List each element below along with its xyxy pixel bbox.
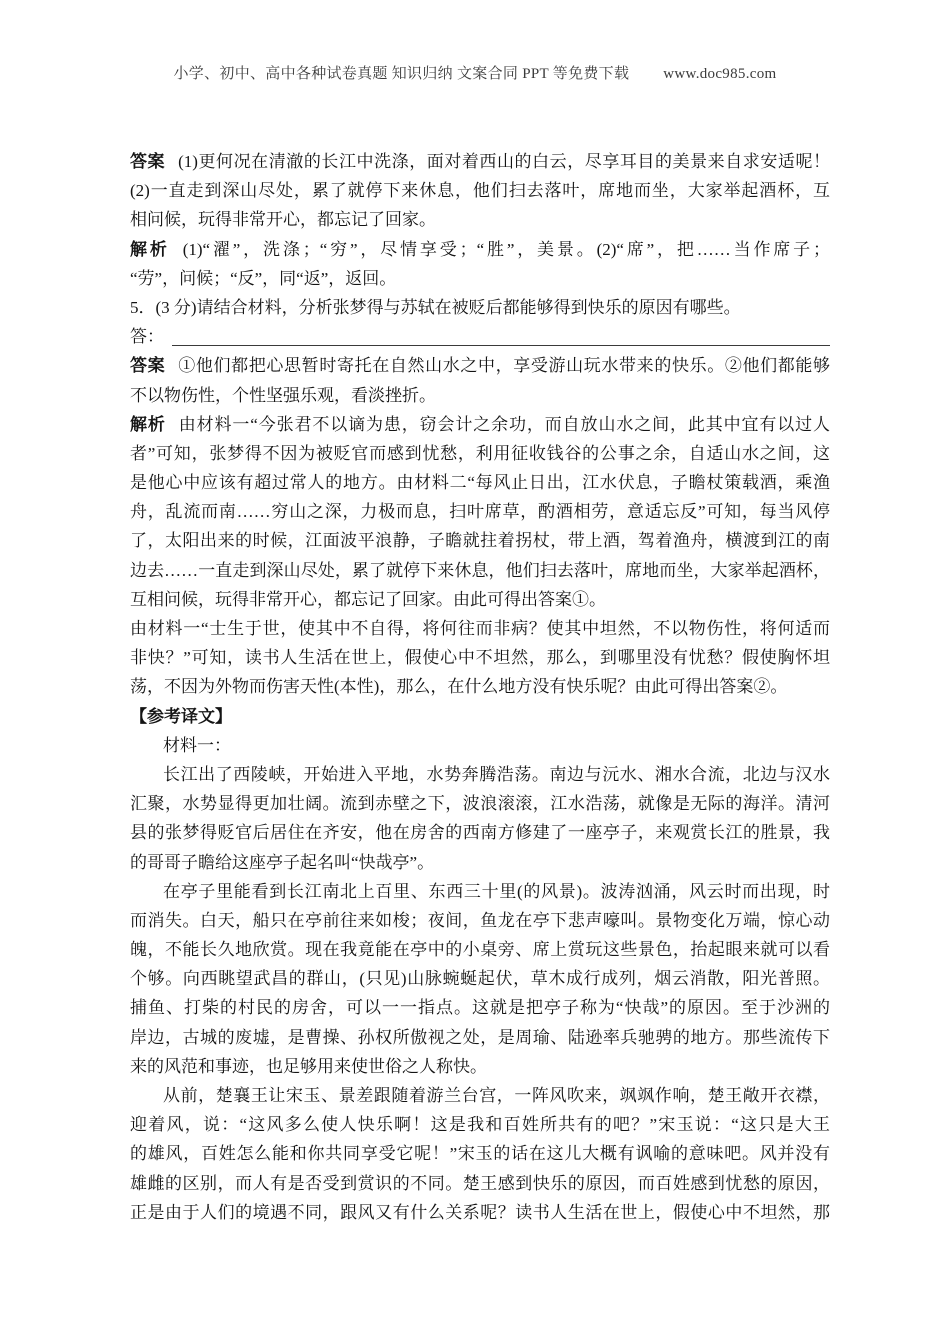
text-line: 在亭子里能看到长江南北上百里、东西三十里(的风景)。波涛汹涌，风云时而出现，时 (130, 877, 830, 906)
text-line: 边去……一直走到深山尽处，累了就停下来休息，他们扫去落叶，席地而坐，大家举起酒杯… (130, 556, 830, 585)
text-line: 解析由材料一“今张君不以谪为患，窃会计之余功，而自放山水之间，此其中宜有以过人 (130, 410, 830, 439)
text-line: (2)一直走到深山尽处，累了就停下来休息，他们扫去落叶，席地而坐，大家举起酒杯，… (130, 176, 830, 205)
paragraph: 答： (130, 322, 830, 351)
text-line: 从前，楚襄王让宋玉、景差跟随着游兰台宫，一阵风吹来，飒飒作响，楚王敞开衣襟， (130, 1081, 830, 1110)
text-line: 答案(1)更何况在清澈的长江中洗涤，面对着西山的白云，尽享耳目的美景来自求安适呢… (130, 147, 830, 176)
text-line: 雄雌的区别，而人有是否受到赏识的不同。楚王感到快乐的原因，而百姓感到忧愁的原因， (130, 1169, 830, 1198)
paragraph: 答案①他们都把心思暂时寄托在自然山水之中，享受游山玩水带来的快乐。②他们都能够不… (130, 351, 830, 409)
header-site-url: www.doc985.com (663, 66, 776, 82)
text-line: 长江出了西陵峡，开始进入平地，水势奔腾浩荡。南边与沅水、湘水合流，北边与汉水 (130, 760, 830, 789)
answer-blank-underline (172, 322, 830, 346)
paragraph: 从前，楚襄王让宋玉、景差跟随着游兰台宫，一阵风吹来，飒飒作响，楚王敞开衣襟，迎着… (130, 1081, 830, 1227)
answer-blank-row: 答： (130, 322, 830, 351)
text-line: 舟，乱流而南……穷山之深，力极而息，扫叶席草，酌酒相劳，意适忘反”可知，每当风停 (130, 497, 830, 526)
text-line: 的雄风，百姓怎么能和你共同享受它呢！”宋玉的话在这儿大概有讽喻的意味吧。风并没有 (130, 1139, 830, 1168)
reference-translation-heading: 【参考译文】 (130, 702, 830, 731)
text-line: 由材料一“士生于世，使其中不自得，将何往而非病？使其中坦然，不以物伤性，将何适而 (130, 614, 830, 643)
paragraph: 解析由材料一“今张君不以谪为患，窃会计之余功，而自放山水之间，此其中宜有以过人者… (130, 410, 830, 614)
text-line: 县的张梦得贬官后居住在齐安，他在房舍的西南方修建了一座亭子，来观赏长江的胜景，我 (130, 818, 830, 847)
page-header: 小学、初中、高中各种试卷真题 知识归纳 文案合同 PPT 等免费下载www.do… (0, 0, 950, 83)
paragraph: 长江出了西陵峡，开始进入平地，水势奔腾浩荡。南边与沅水、湘水合流，北边与汉水汇聚… (130, 760, 830, 877)
text-line: 而消失。白天，船只在亭前往来如梭；夜间，鱼龙在亭下悲声嚎叫。景物变化万端，惊心动 (130, 906, 830, 935)
text-line: 荡，不因为外物而伤害天性(本性)，那么，在什么地方没有快乐呢？由此可得出答案②。 (130, 672, 830, 701)
text-line: 迎着风，说：“这风多么使人快乐啊！这是我和百姓所共有的吧？”宋玉说：“这只是大王 (130, 1110, 830, 1139)
line-text: (1)更何况在清澈的长江中洗涤，面对着西山的白云，尽享耳目的美景来自求安适呢！ (178, 152, 830, 171)
line-text: (1)“濯”，洗涤；“穷”，尽情享受；“胜”，美景。(2)“席”，把……当作席子… (183, 240, 830, 259)
text-line: 捕鱼、打柴的村民的房舍，可以一一指点。这就是把亭子称为“快哉”的原因。至于沙洲的 (130, 993, 830, 1022)
text-line: 材料一： (130, 731, 830, 760)
text-line: 5．(3 分)请结合材料，分析张梦得与苏轼在被贬后都能够得到快乐的原因有哪些。 (130, 293, 830, 322)
text-line: 了，太阳出来的时候，江面波平浪静，子瞻就拄着拐杖，带上酒，驾着渔舟，横渡到江的南 (130, 526, 830, 555)
text-line: 个够。向西眺望武昌的群山，(只见)山脉蜿蜒起伏，草木成行成列，烟云消散，阳光普照… (130, 964, 830, 993)
text-line: 【参考译文】 (130, 702, 830, 731)
material-one-heading: 材料一： (130, 731, 830, 760)
text-line: 的哥哥子瞻给这座亭子起名叫“快哉亭”。 (130, 848, 830, 877)
paragraph: 解析(1)“濯”，洗涤；“穷”，尽情享受；“胜”，美景。(2)“席”，把……当作… (130, 235, 830, 293)
answer-prompt-label: 答： (130, 322, 164, 351)
paragraph: 由材料一“士生于世，使其中不自得，将何往而非病？使其中坦然，不以物伤性，将何适而… (130, 614, 830, 702)
line-text: 由材料一“今张君不以谪为患，窃会计之余功，而自放山水之间，此其中宜有以过人 (179, 415, 830, 434)
text-line: 互相问候，玩得非常开心，都忘记了回家。由此可得出答案①。 (130, 585, 830, 614)
text-line: 来的风范和事迹，也足够用来使世俗之人称快。 (130, 1052, 830, 1081)
document-body: 答案(1)更何况在清澈的长江中洗涤，面对着西山的白云，尽享耳目的美景来自求安适呢… (130, 147, 830, 1227)
text-line: 魄，不能长久地欣赏。现在我竟能在亭中的小桌旁、席上赏玩这些景色，抬起眼来就可以看 (130, 935, 830, 964)
text-line: 相问候，玩得非常开心，都忘记了回家。 (130, 205, 830, 234)
line-text: ①他们都把心思暂时寄托在自然山水之中，享受游山玩水带来的快乐。②他们都能够 (178, 356, 830, 375)
answer-label: 答案 (130, 356, 165, 375)
analysis-label: 解析 (130, 240, 170, 259)
answer-label: 答案 (130, 152, 165, 171)
text-line: 非快？”可知，读书人生活在世上，假使心中不坦然，那么，到哪里没有忧愁？假使胸怀坦 (130, 643, 830, 672)
text-line: 答案①他们都把心思暂时寄托在自然山水之中，享受游山玩水带来的快乐。②他们都能够 (130, 351, 830, 380)
question-5: 5．(3 分)请结合材料，分析张梦得与苏轼在被贬后都能够得到快乐的原因有哪些。 (130, 293, 830, 322)
paragraph: 答案(1)更何况在清澈的长江中洗涤，面对着西山的白云，尽享耳目的美景来自求安适呢… (130, 147, 830, 235)
document-page: 小学、初中、高中各种试卷真题 知识归纳 文案合同 PPT 等免费下载www.do… (0, 0, 950, 1344)
paragraph: 在亭子里能看到长江南北上百里、东西三十里(的风景)。波涛汹涌，风云时而出现，时而… (130, 877, 830, 1081)
text-line: “劳”，问候；“反”，同“返”，返回。 (130, 264, 830, 293)
text-line: 汇聚，水势显得更加壮阔。流到赤壁之下，波浪滚滚，江水浩荡，就像是无际的海洋。清河 (130, 789, 830, 818)
text-line: 是他心中应该有超过常人的地方。由材料二“每风止日出，江水伏息，子瞻杖策载酒，乘渔 (130, 468, 830, 497)
text-line: 正是由于人们的境遇不同，跟风又有什么关系呢？读书人生活在世上，假使心中不坦然，那 (130, 1198, 830, 1227)
text-line: 者”可知，张梦得不因为被贬官而感到忧愁，利用征收钱谷的公事之余，自适山水之间，这 (130, 439, 830, 468)
text-line: 岸边，古城的废墟，是曹操、孙权所傲视之处，是周瑜、陆逊率兵驰骋的地方。那些流传下 (130, 1023, 830, 1052)
text-line: 解析(1)“濯”，洗涤；“穷”，尽情享受；“胜”，美景。(2)“席”，把……当作… (130, 235, 830, 264)
text-line: 不以物伤性，个性坚强乐观，看淡挫折。 (130, 381, 830, 410)
analysis-label: 解析 (130, 415, 166, 434)
header-promo-text: 小学、初中、高中各种试卷真题 知识归纳 文案合同 PPT 等免费下载 (174, 66, 630, 82)
